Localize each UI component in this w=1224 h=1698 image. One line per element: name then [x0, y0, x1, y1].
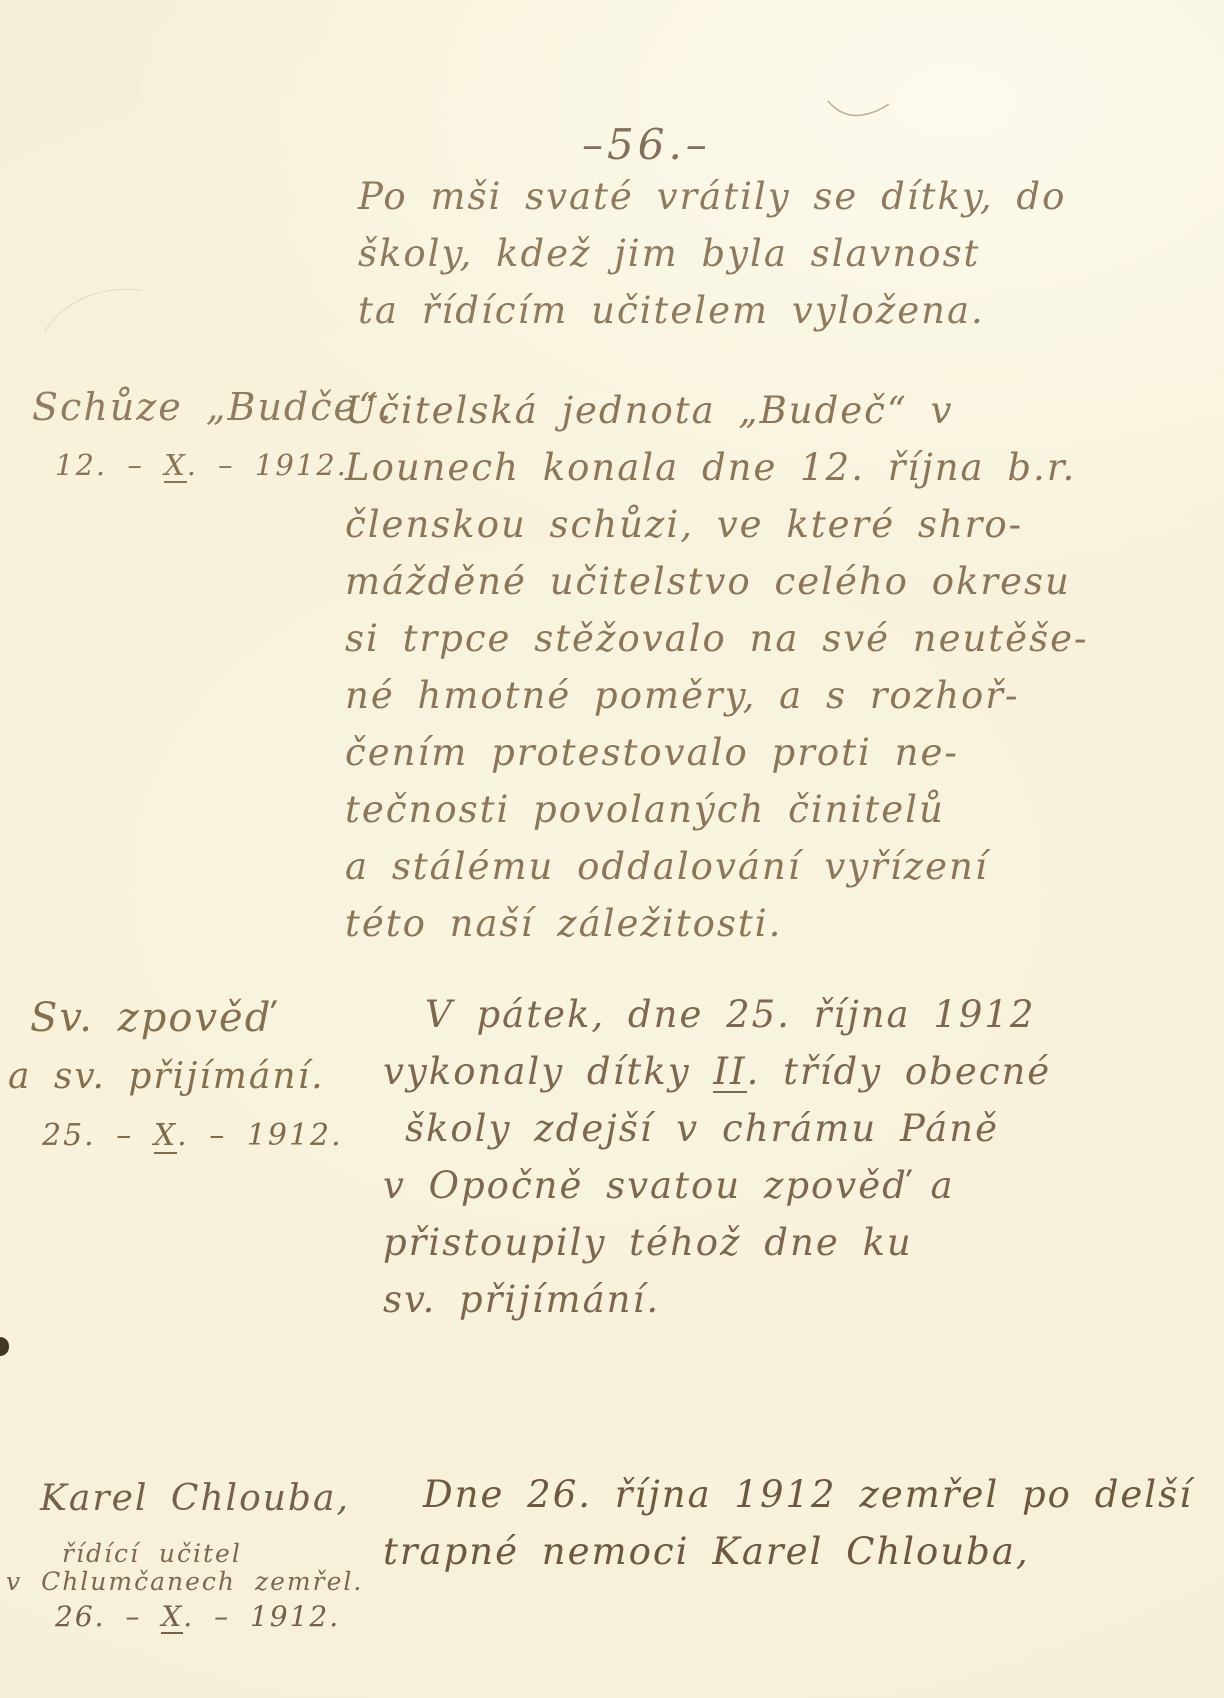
- text-line: této naší záležitosti.: [345, 895, 1088, 952]
- date-month-roman-underlined: X: [154, 1121, 177, 1154]
- text-line: tečnosti povolaných činitelů: [345, 781, 1088, 838]
- text-line: si trpce stěžovalo na své neutěše-: [345, 610, 1088, 667]
- text-line: v Opočně svatou zpověď a: [383, 1157, 1051, 1214]
- date-month-roman-underlined: X: [161, 1603, 183, 1634]
- margin-note-schuze-budce-title: Schůze „Budče“.: [32, 385, 394, 429]
- text-line: školy zdejší v chrámu Páně: [383, 1100, 1051, 1157]
- date-year: . – 1912.: [187, 448, 348, 482]
- margin-note-confession-line1: Sv. zpověď: [30, 995, 272, 1041]
- text-segment: vykonaly dítky: [383, 1050, 713, 1093]
- date-year: . – 1912.: [177, 1118, 343, 1153]
- text-line: a stálému oddalování vyřízení: [345, 838, 1088, 895]
- date-day: 26. –: [55, 1600, 161, 1633]
- manuscript-page: –56.– Po mši svaté vrátily se dítky, do …: [0, 0, 1224, 1698]
- margin-note-chlouba-line2: řídící učitel: [62, 1539, 242, 1568]
- text-line: sv. přijímání.: [383, 1271, 1051, 1328]
- margin-note-chlouba-line3: v Chlumčanech zemřel.: [6, 1567, 363, 1596]
- text-line: školy, kdež jim byla slavnost: [358, 225, 1066, 282]
- margin-note-chlouba-line1: Karel Chlouba,: [40, 1478, 350, 1519]
- text-line: né hmotné poměry, a s rozhoř-: [345, 667, 1088, 724]
- margin-note-chlouba-date: 26. – X. – 1912.: [55, 1600, 340, 1634]
- date-day: 25. –: [42, 1118, 154, 1153]
- text-line: Po mši svaté vrátily se dítky, do: [358, 168, 1066, 225]
- margin-note-schuze-budce-date: 12. – X. – 1912.: [55, 448, 348, 483]
- page-number: –56.–: [582, 120, 711, 169]
- paragraph-confession: V pátek, dne 25. října 1912 vykonaly dít…: [383, 986, 1051, 1328]
- faint-pen-stroke: [826, 98, 892, 124]
- date-year: . – 1912.: [183, 1600, 340, 1633]
- text-line: vykonaly dítky II. třídy obecné: [383, 1043, 1051, 1100]
- text-line: čením protestovalo proti ne-: [345, 724, 1088, 781]
- class-roman-numeral-underlined: II: [713, 1053, 746, 1093]
- text-line: ta řídícím učitelem vyložena.: [358, 282, 1066, 339]
- text-line: mážděné učitelstvo celého okresu: [345, 553, 1088, 610]
- text-line: Učitelská jednota „Budeč“ v: [345, 382, 1088, 439]
- paragraph-chlouba-death: Dne 26. října 1912 zemřel po delší trapn…: [383, 1466, 1193, 1580]
- text-line: členskou schůzi, ve které shro-: [345, 496, 1088, 553]
- date-month-roman-underlined: X: [164, 451, 187, 483]
- text-line: Dne 26. října 1912 zemřel po delší: [383, 1466, 1193, 1523]
- ink-blot: [0, 1337, 9, 1356]
- margin-note-confession-line2: a sv. přijímání.: [8, 1056, 325, 1097]
- paragraph-after-mass: Po mši svaté vrátily se dítky, do školy,…: [358, 168, 1066, 339]
- text-line: Lounech konala dne 12. října b.r.: [345, 439, 1088, 496]
- text-line: trapné nemoci Karel Chlouba,: [383, 1523, 1193, 1580]
- paragraph-budec-meeting: Učitelská jednota „Budeč“ v Lounech kona…: [345, 382, 1088, 952]
- text-line: V pátek, dne 25. října 1912: [383, 986, 1051, 1043]
- paper-crease-mark: [42, 280, 152, 335]
- text-line: přistoupily téhož dne ku: [383, 1214, 1051, 1271]
- text-segment: . třídy obecné: [747, 1050, 1052, 1093]
- margin-note-confession-date: 25. – X. – 1912.: [42, 1118, 343, 1154]
- date-day: 12. –: [55, 448, 164, 482]
